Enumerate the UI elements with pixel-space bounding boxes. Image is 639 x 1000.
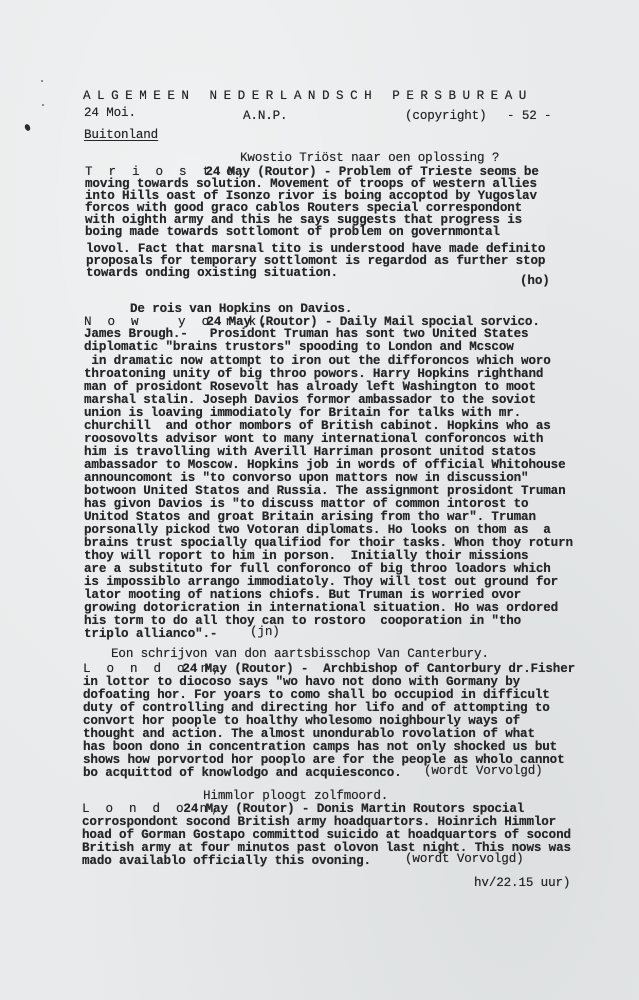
copyright-notice: (copyright) bbox=[405, 110, 486, 123]
article-title: Kwostio Triöst naar oen oplossing ? bbox=[240, 152, 499, 165]
section-heading: Buitonland bbox=[84, 129, 158, 142]
ink-mark bbox=[24, 123, 31, 131]
ink-speck bbox=[41, 80, 43, 82]
article-line: diplomatic "brains trustors" spooding to… bbox=[84, 341, 514, 354]
article-title: Eon schrijvon van don aartsbisschop Van … bbox=[111, 648, 489, 661]
agency-name: ALGEMEEN NEDERLANDSCH PERSBUREAU bbox=[83, 90, 533, 103]
agency-abbrev: A.N.P. bbox=[243, 110, 287, 123]
article-signoff: (ho) bbox=[520, 275, 550, 288]
article-signoff: (jn) bbox=[250, 626, 280, 639]
typewritten-document-page: ALGEMEEN NEDERLANDSCH PERSBUREAU 24 Moi.… bbox=[0, 0, 639, 1000]
document-date: 24 Moi. bbox=[84, 107, 136, 120]
article-line: boing made towards sottlomont of problem… bbox=[85, 226, 500, 239]
article-line: triplo allianco".- bbox=[84, 628, 217, 641]
article-signoff: (wordt Vorvolgd) bbox=[405, 853, 524, 866]
ink-speck bbox=[42, 104, 44, 106]
footer-reference: hv/22.15 uur) bbox=[474, 877, 570, 890]
page-number: - 52 - bbox=[507, 110, 551, 123]
article-line: towards onding oxisting situation. bbox=[86, 267, 338, 280]
article-line: mado availablo officially this ovoning. bbox=[82, 855, 371, 868]
article-line: bo acquittod of knowlodgo and acquiescon… bbox=[83, 767, 402, 780]
article-signoff: (wordt Vorvolgd) bbox=[424, 765, 543, 778]
